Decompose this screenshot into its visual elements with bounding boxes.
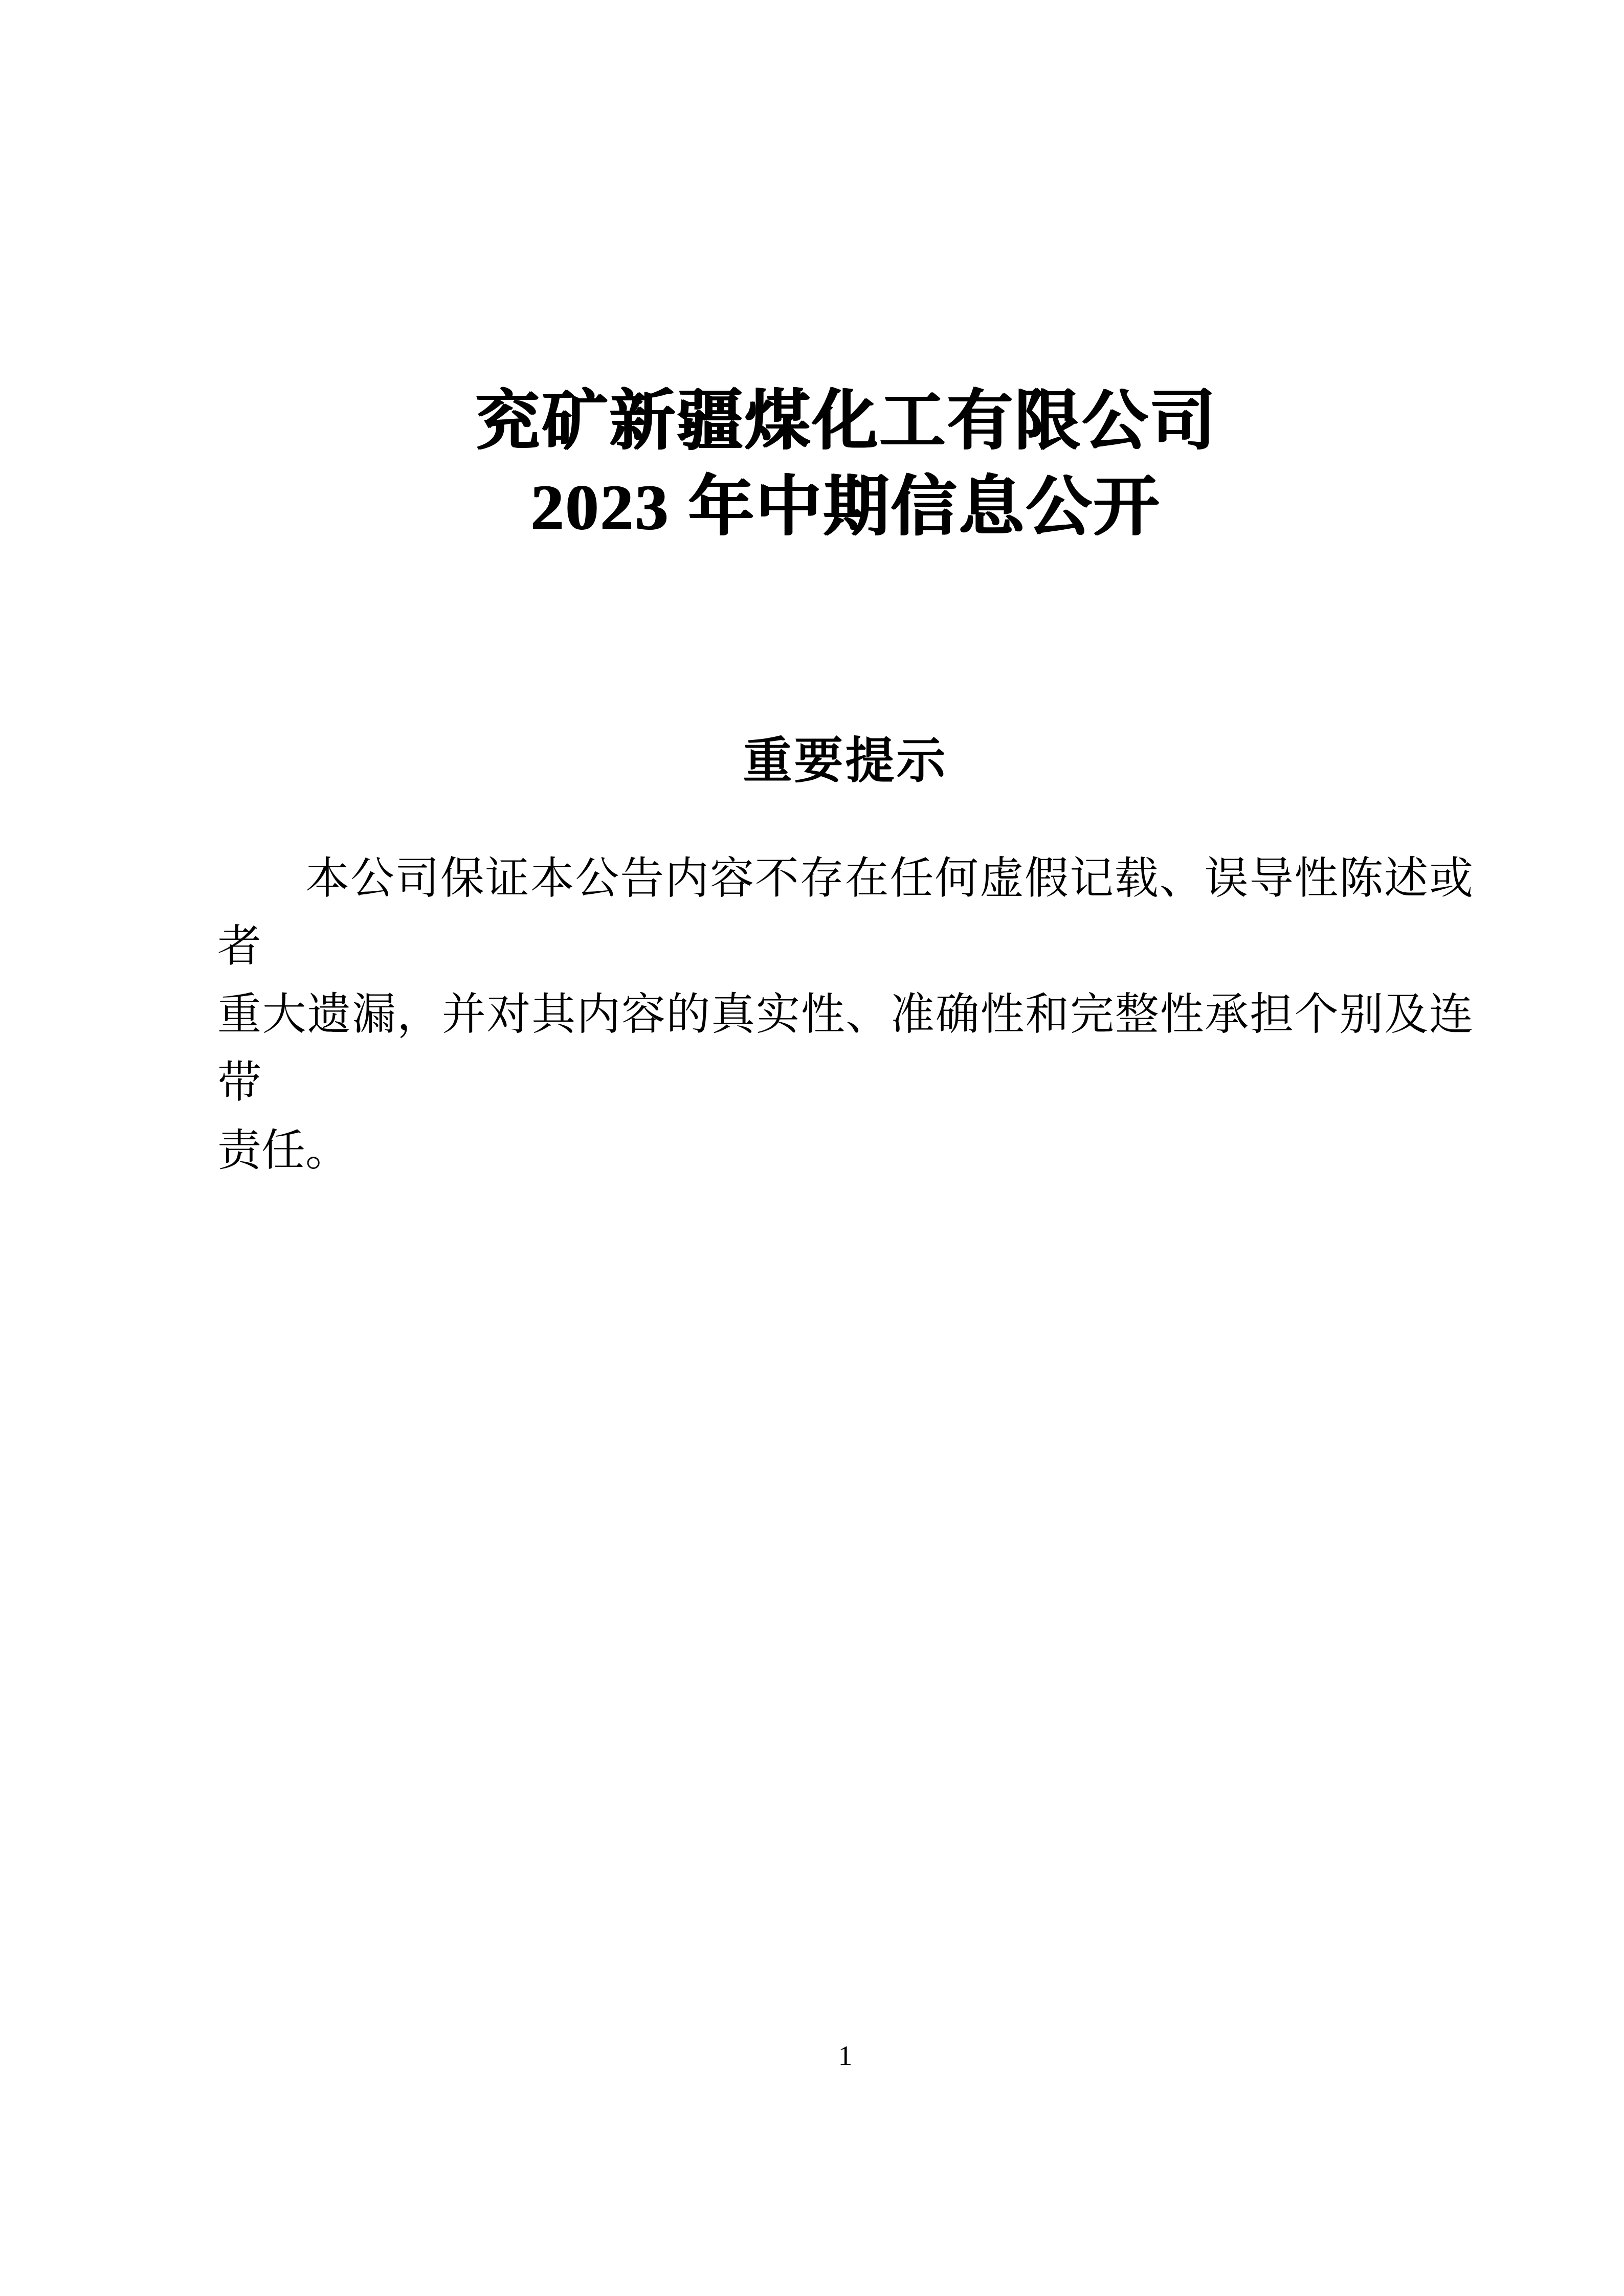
document-title-line-2: 2023 年中期信息公开 — [217, 464, 1473, 550]
notice-paragraph-line-2: 重大遗漏，并对其内容的真实性、准确性和完整性承担个别及连带 — [217, 981, 1473, 1117]
document-title-line-1: 兖矿新疆煤化工有限公司 — [217, 378, 1473, 464]
notice-paragraph: 本公司保证本公告内容不存在任何虚假记载、误导性陈述或者 重大遗漏，并对其内容的真… — [217, 845, 1473, 1185]
important-notice-heading: 重要提示 — [217, 725, 1473, 797]
page-number: 1 — [217, 2040, 1473, 2071]
document-page: 兖矿新疆煤化工有限公司 2023 年中期信息公开 重要提示 本公司保证本公告内容… — [0, 0, 1624, 2296]
notice-paragraph-line-1: 本公司保证本公告内容不存在任何虚假记载、误导性陈述或者 — [217, 845, 1473, 981]
document-title: 兖矿新疆煤化工有限公司 2023 年中期信息公开 — [217, 378, 1473, 550]
notice-paragraph-line-3: 责任。 — [217, 1117, 1473, 1185]
